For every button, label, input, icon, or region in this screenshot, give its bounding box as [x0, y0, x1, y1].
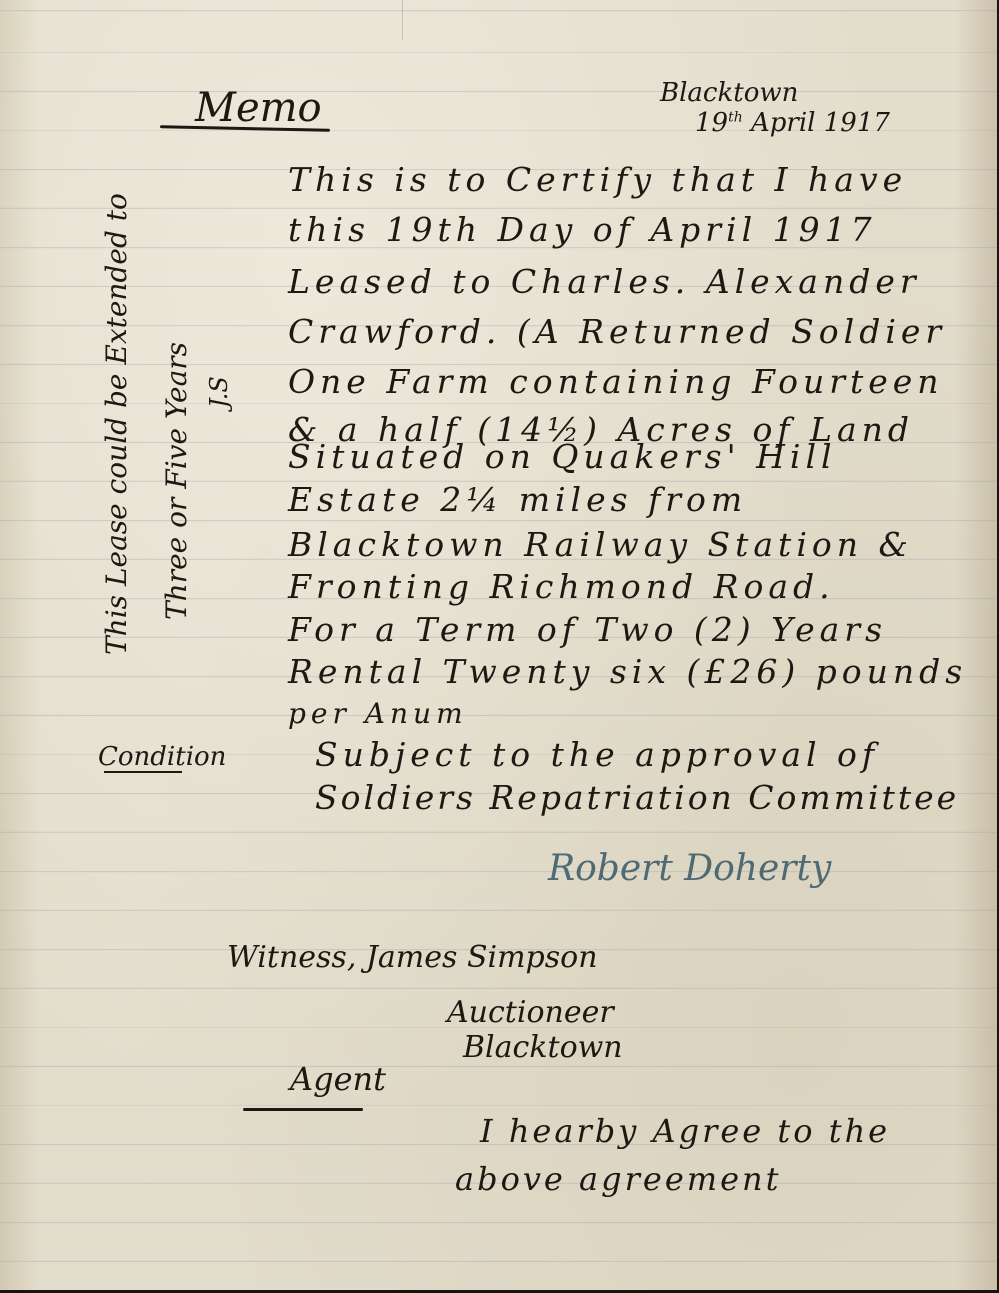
witness-role: Auctioneer [447, 995, 614, 1030]
agent-underline [243, 1108, 363, 1111]
body-line: Leased to Charles. Alexander [288, 262, 921, 301]
body-line: Fronting Richmond Road. [288, 567, 835, 606]
agent-statement-line: above agreement [455, 1160, 782, 1198]
margin-note-line-2: Three or Five Years [160, 342, 193, 620]
condition-underline [104, 771, 182, 773]
witness-place: Blacktown [463, 1030, 623, 1065]
body-line: this 19th Day of April 1917 [288, 210, 877, 249]
margin-note-initials: J.S [205, 376, 233, 408]
body-line: For a Term of Two (2) Years [288, 610, 887, 649]
body-line: Rental Twenty six (£26) pounds [288, 652, 967, 691]
body-line: Blacktown Railway Station & [288, 525, 913, 564]
agent-label: Agent [290, 1060, 386, 1098]
body-line: Situated on Quakers' Hill [288, 437, 837, 476]
body-line: Estate 2¼ miles from [288, 480, 747, 519]
paper-fold-line [402, 0, 403, 40]
date-day: 19 [695, 108, 728, 138]
body-line: One Farm containing Fourteen [288, 362, 944, 401]
date-header: 19th April 1917 [695, 108, 890, 138]
date-suffix: th [728, 109, 743, 125]
place-header: Blacktown [660, 78, 798, 108]
body-line: This is to Certify that I have [288, 160, 907, 199]
condition-line: Soldiers Repatriation Committee [315, 778, 959, 817]
date-rest: April 1917 [751, 108, 890, 138]
memo-title: Memo [195, 85, 322, 131]
body-line: per Anum [288, 697, 468, 730]
witness-line: Witness, James Simpson [227, 940, 598, 975]
document-page: Memo Blacktown 19th April 1917 This Leas… [0, 0, 997, 1290]
margin-note-line-1: This Lease could be Extended to [100, 193, 133, 655]
agent-statement-line: I hearby Agree to the [480, 1112, 890, 1150]
condition-line: Subject to the approval of [315, 735, 879, 774]
signature-robert-doherty: Robert Doherty [548, 848, 831, 889]
condition-label: Condition [98, 742, 226, 772]
body-line: Crawford. (A Returned Soldier [288, 312, 946, 351]
